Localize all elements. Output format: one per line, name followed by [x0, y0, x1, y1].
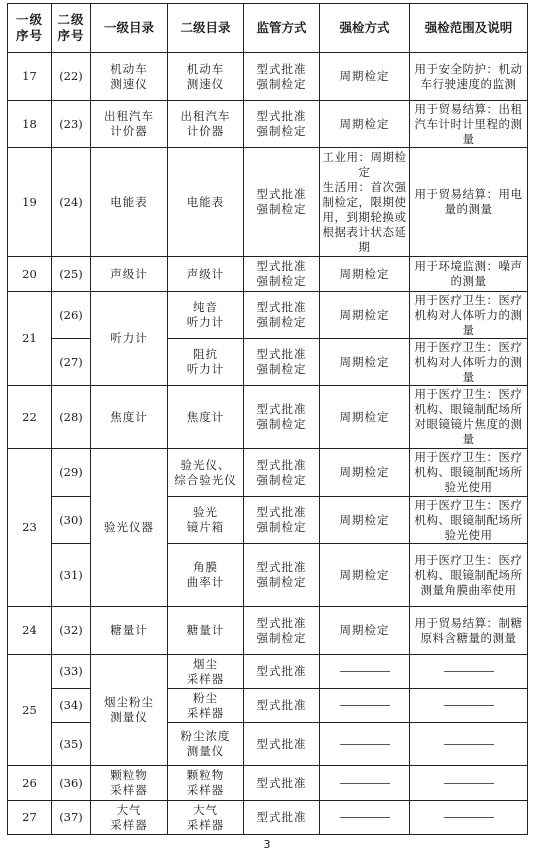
inspection-method-empty — [320, 655, 410, 689]
supervision: 型式批准 强制检定 — [244, 101, 320, 148]
supervision: 型式批准 — [244, 655, 320, 689]
dash-line — [340, 671, 390, 672]
level2-catalog: 验光仪、 综合验光仪 — [168, 449, 244, 497]
header-level2-catalog: 二级目录 — [168, 4, 244, 53]
supervision: 型式批准 强制检定 — [244, 449, 320, 497]
level1-no: 23 — [8, 449, 52, 607]
level2-catalog: 声级计 — [168, 257, 244, 292]
scope-description-empty — [410, 723, 528, 766]
supervision: 型式批准 强制检定 — [244, 292, 320, 339]
supervision: 型式批准 强制检定 — [244, 544, 320, 607]
scope-description-empty — [410, 655, 528, 689]
page-number: 3 — [0, 838, 534, 851]
table-row: 27 (37) 大气 采样器 大气 采样器 型式批准 — [8, 801, 528, 835]
level2-no: (22) — [52, 53, 91, 101]
dash-line — [444, 744, 494, 745]
supervision: 型式批准 强制检定 — [244, 53, 320, 101]
scope-description-empty — [410, 801, 528, 835]
table-row: 19 (24) 电能表 电能表 型式批准 强制检定 工业用：周期检定 生活用：首… — [8, 148, 528, 257]
table-row: (30) 验光 镜片箱 型式批准 强制检定 周期检定 用于医疗卫生：医疗机构、眼… — [8, 497, 528, 544]
scope-description: 用于贸易结算：出租汽车计时计里程的测量 — [410, 101, 528, 148]
level2-catalog: 大气 采样器 — [168, 801, 244, 835]
level2-no: (28) — [52, 386, 91, 449]
level1-catalog: 验光仪器 — [91, 449, 168, 607]
level1-catalog: 机动车 测速仪 — [91, 53, 168, 101]
inspection-method: 周期检定 — [320, 101, 410, 148]
level1-catalog: 糖量计 — [91, 607, 168, 655]
supervision: 型式批准 强制检定 — [244, 386, 320, 449]
level2-catalog: 焦度计 — [168, 386, 244, 449]
level2-no: (23) — [52, 101, 91, 148]
inspection-method: 周期检定 — [320, 497, 410, 544]
inspection-method: 周期检定 — [320, 257, 410, 292]
level2-no: (36) — [52, 766, 91, 801]
supervision: 型式批准 — [244, 766, 320, 801]
supervision: 型式批准 强制检定 — [244, 148, 320, 257]
supervision: 型式批准 — [244, 689, 320, 723]
level1-catalog: 出租汽车 计价器 — [91, 101, 168, 148]
level1-no: 17 — [8, 53, 52, 101]
supervision: 型式批准 — [244, 801, 320, 835]
table-row: (27) 阻抗 听力计 型式批准 强制检定 周期检定 用于医疗卫生：医疗机构对人… — [8, 339, 528, 386]
dash-line — [444, 705, 494, 706]
supervision: 型式批准 强制检定 — [244, 497, 320, 544]
level1-no: 18 — [8, 101, 52, 148]
level1-catalog: 颗粒物 采样器 — [91, 766, 168, 801]
dash-line — [444, 671, 494, 672]
inspection-method: 周期检定 — [320, 292, 410, 339]
scope-description: 用于贸易结算：用电量的测量 — [410, 148, 528, 257]
scope-description-empty — [410, 766, 528, 801]
level2-no: (24) — [52, 148, 91, 257]
header-scope: 强检范围及说明 — [410, 4, 528, 53]
scope-description: 用于医疗卫生：医疗机构、眼镜制配场所验光使用 — [410, 449, 528, 497]
level1-no: 22 — [8, 386, 52, 449]
level1-catalog: 电能表 — [91, 148, 168, 257]
level2-no: (32) — [52, 607, 91, 655]
dash-line — [340, 705, 390, 706]
inspection-method: 周期检定 — [320, 449, 410, 497]
level2-catalog: 颗粒物 采样器 — [168, 766, 244, 801]
level2-catalog: 出租汽车 计价器 — [168, 101, 244, 148]
table-row: 17 (22) 机动车 测速仪 机动车 测速仪 型式批准 强制检定 周期检定 用… — [8, 53, 528, 101]
table-row: (31) 角膜 曲率计 型式批准 强制检定 周期检定 用于医疗卫生：医疗机构、眼… — [8, 544, 528, 607]
level2-no: (25) — [52, 257, 91, 292]
header-level2-no: 二级 序号 — [52, 4, 91, 53]
inspection-method: 周期检定 — [320, 53, 410, 101]
scope-description: 用于医疗卫生：医疗机构对人体听力的测量 — [410, 292, 528, 339]
level2-no: (37) — [52, 801, 91, 835]
level2-catalog: 粉尘浓度 测量仪 — [168, 723, 244, 766]
scope-description: 用于医疗卫生：医疗机构、眼镜制配场所对眼镜镜片焦度的测量 — [410, 386, 528, 449]
inspection-method-empty — [320, 766, 410, 801]
supervision: 型式批准 — [244, 723, 320, 766]
level2-catalog: 验光 镜片箱 — [168, 497, 244, 544]
level2-no: (34) — [52, 689, 91, 723]
inspection-method: 工业用：周期检定 生活用：首次强制检定，限期使用，到期轮换或根据表计状态延期 — [320, 148, 410, 257]
inspection-method: 周期检定 — [320, 607, 410, 655]
level1-no: 20 — [8, 257, 52, 292]
scope-description: 用于医疗卫生：医疗机构对人体听力的测量 — [410, 339, 528, 386]
inspection-method: 周期检定 — [320, 339, 410, 386]
level1-no: 24 — [8, 607, 52, 655]
level2-catalog: 糖量计 — [168, 607, 244, 655]
level1-no: 25 — [8, 655, 52, 766]
table-row: 24 (32) 糖量计 糖量计 型式批准 强制检定 周期检定 用于贸易结算：制糖… — [8, 607, 528, 655]
scope-description: 用于医疗卫生：医疗机构、眼镜制配场所测量角膜曲率使用 — [410, 544, 528, 607]
level2-no: (29) — [52, 449, 91, 497]
level2-catalog: 机动车 测速仪 — [168, 53, 244, 101]
level2-no: (30) — [52, 497, 91, 544]
supervision: 型式批准 强制检定 — [244, 257, 320, 292]
header-supervision: 监管方式 — [244, 4, 320, 53]
header-row: 一级 序号 二级 序号 一级目录 二级目录 监管方式 强检方式 强检范围及说明 — [8, 4, 528, 53]
level1-catalog: 大气 采样器 — [91, 801, 168, 835]
inspection-method: 周期检定 — [320, 544, 410, 607]
inspection-method: 周期检定 — [320, 386, 410, 449]
supervision: 型式批准 强制检定 — [244, 339, 320, 386]
inspection-method-empty — [320, 689, 410, 723]
level1-no: 27 — [8, 801, 52, 835]
level2-no: (26) — [52, 292, 91, 339]
supervision: 型式批准 强制检定 — [244, 607, 320, 655]
level2-catalog: 电能表 — [168, 148, 244, 257]
scope-description: 用于安全防护：机动车行驶速度的监测 — [410, 53, 528, 101]
table-row: 22 (28) 焦度计 焦度计 型式批准 强制检定 周期检定 用于医疗卫生：医疗… — [8, 386, 528, 449]
level2-no: (35) — [52, 723, 91, 766]
inspection-method-empty — [320, 801, 410, 835]
level1-catalog: 声级计 — [91, 257, 168, 292]
level1-no: 21 — [8, 292, 52, 386]
regulation-table: 一级 序号 二级 序号 一级目录 二级目录 监管方式 强检方式 强检范围及说明 … — [7, 3, 528, 835]
level2-catalog: 角膜 曲率计 — [168, 544, 244, 607]
table-row: 25 (33) 烟尘粉尘 测量仪 烟尘 采样器 型式批准 — [8, 655, 528, 689]
table-row: (34) 粉尘 采样器 型式批准 — [8, 689, 528, 723]
level2-catalog: 粉尘 采样器 — [168, 689, 244, 723]
dash-line — [340, 783, 390, 784]
level1-catalog: 烟尘粉尘 测量仪 — [91, 655, 168, 766]
level2-catalog: 阻抗 听力计 — [168, 339, 244, 386]
scope-description-empty — [410, 689, 528, 723]
header-level1-catalog: 一级目录 — [91, 4, 168, 53]
table-row: 21 (26) 听力计 纯音 听力计 型式批准 强制检定 周期检定 用于医疗卫生… — [8, 292, 528, 339]
level1-catalog: 听力计 — [91, 292, 168, 386]
level2-catalog: 烟尘 采样器 — [168, 655, 244, 689]
level1-no: 26 — [8, 766, 52, 801]
dash-line — [340, 817, 390, 818]
table-row: (35) 粉尘浓度 测量仪 型式批准 — [8, 723, 528, 766]
table-row: 23 (29) 验光仪器 验光仪、 综合验光仪 型式批准 强制检定 周期检定 用… — [8, 449, 528, 497]
scope-description: 用于贸易结算：制糖原料含糖量的测量 — [410, 607, 528, 655]
inspection-method-empty — [320, 723, 410, 766]
level2-catalog: 纯音 听力计 — [168, 292, 244, 339]
level1-catalog: 焦度计 — [91, 386, 168, 449]
table-row: 20 (25) 声级计 声级计 型式批准 强制检定 周期检定 用于环境监测：噪声… — [8, 257, 528, 292]
dash-line — [444, 817, 494, 818]
level2-no: (33) — [52, 655, 91, 689]
level1-no: 19 — [8, 148, 52, 257]
header-level1-no: 一级 序号 — [8, 4, 52, 53]
scope-description: 用于环境监测：噪声的测量 — [410, 257, 528, 292]
header-inspection-method: 强检方式 — [320, 4, 410, 53]
dash-line — [340, 744, 390, 745]
table-row: 18 (23) 出租汽车 计价器 出租汽车 计价器 型式批准 强制检定 周期检定… — [8, 101, 528, 148]
level2-no: (27) — [52, 339, 91, 386]
level2-no: (31) — [52, 544, 91, 607]
table-row: 26 (36) 颗粒物 采样器 颗粒物 采样器 型式批准 — [8, 766, 528, 801]
dash-line — [444, 783, 494, 784]
scope-description: 用于医疗卫生：医疗机构、眼镜制配场所验光使用 — [410, 497, 528, 544]
